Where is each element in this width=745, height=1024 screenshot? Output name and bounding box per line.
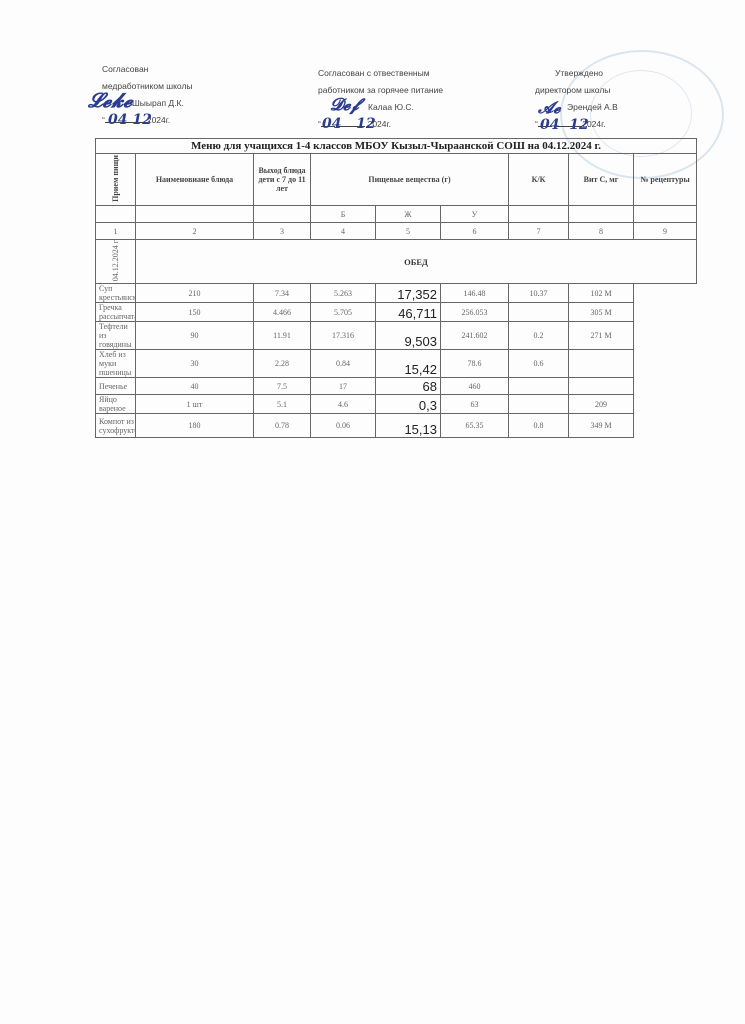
dish-name-cell: Хлеб из муки пшеницы — [96, 350, 136, 378]
kcal-cell: 78.6 — [441, 350, 509, 378]
carbs-cell: 17,352 — [376, 284, 441, 303]
yield-cell: 30 — [136, 350, 254, 378]
table-row: Яйцо вареное1 шт5.14.60,363209 — [96, 395, 697, 414]
dish-name-cell: Тефтели из говядины — [96, 322, 136, 350]
column-number: 8 — [569, 223, 634, 240]
kcal-cell: 460 — [441, 378, 509, 395]
table-row: Компот из сухофруктов1800.780.0615,1365.… — [96, 414, 697, 438]
header-dish: Наименовиане блюда — [136, 154, 254, 206]
yield-cell: 40 — [136, 378, 254, 395]
date-cell: 04.12.2024 г — [96, 240, 136, 284]
vitamin-c-cell — [509, 378, 569, 395]
dish-name-cell: Суп крестьянский — [96, 284, 136, 303]
date-handwritten: 04 12 — [322, 116, 376, 132]
protein-cell: 7.5 — [254, 378, 311, 395]
subheader-fat: Ж — [376, 206, 441, 223]
header-vitc: Вит С, мг — [569, 154, 634, 206]
kcal-cell: 63 — [441, 395, 509, 414]
fat-cell: 0.84 — [311, 350, 376, 378]
signature-director: 𝓐𝓮 — [538, 98, 561, 118]
vitamin-c-cell — [509, 395, 569, 414]
carbs-cell: 15,13 — [376, 414, 441, 438]
column-number: 4 — [311, 223, 376, 240]
table-row: Гречка рассыпчатая1504.4665.70546,711256… — [96, 303, 697, 322]
protein-cell: 4.466 — [254, 303, 311, 322]
kcal-cell: 146.48 — [441, 284, 509, 303]
approval-role: директором школы — [535, 81, 618, 98]
header-kcal: К/К — [509, 154, 569, 206]
yield-cell: 90 — [136, 322, 254, 350]
fat-cell: 4.6 — [311, 395, 376, 414]
recipe-number-cell: 102 М — [569, 284, 634, 303]
column-number: 6 — [441, 223, 509, 240]
section-label: ОБЕД — [136, 240, 697, 284]
carbs-cell: 68 — [376, 378, 441, 395]
recipe-number-cell: 209 — [569, 395, 634, 414]
recipe-number-cell: 271 М — [569, 322, 634, 350]
menu-table: Меню для учащихся 1-4 классов МБОУ Кызыл… — [95, 138, 697, 438]
kcal-cell: 241.602 — [441, 322, 509, 350]
column-number: 7 — [509, 223, 569, 240]
header-recipe: № рецептуры — [634, 154, 697, 206]
vitamin-c-cell: 0.2 — [509, 322, 569, 350]
vitamin-c-cell — [509, 303, 569, 322]
protein-cell: 0.78 — [254, 414, 311, 438]
fat-cell: 17 — [311, 378, 376, 395]
yield-cell: 210 — [136, 284, 254, 303]
protein-cell: 2.28 — [254, 350, 311, 378]
fat-cell: 5.263 — [311, 284, 376, 303]
protein-cell: 11.91 — [254, 322, 311, 350]
kcal-cell: 256.053 — [441, 303, 509, 322]
header-yield: Выход блюда дети с 7 до 11 лет — [254, 154, 311, 206]
yield-cell: 180 — [136, 414, 254, 438]
recipe-number-cell: 349 М — [569, 414, 634, 438]
signature-medical: 𝓛𝓮𝓴𝓮 — [88, 88, 132, 112]
vitamin-c-cell: 0.6 — [509, 350, 569, 378]
approval-label: Утверждено — [555, 64, 618, 81]
approval-label: Согласован — [102, 60, 193, 77]
vitamin-c-cell: 0.8 — [509, 414, 569, 438]
table-row: Хлеб из муки пшеницы302.280.8415,4278.60… — [96, 350, 697, 378]
dish-name-cell: Гречка рассыпчатая — [96, 303, 136, 322]
table-row: Тефтели из говядины9011.9117.3169,503241… — [96, 322, 697, 350]
column-number: 9 — [634, 223, 697, 240]
fat-cell: 0.06 — [311, 414, 376, 438]
subheader-protein: Б — [311, 206, 376, 223]
recipe-number-cell — [569, 378, 634, 395]
header-nutrients: Пищевые вещества (г) — [311, 154, 509, 206]
yield-cell: 1 шт — [136, 395, 254, 414]
dish-name-cell: Печенье — [96, 378, 136, 395]
approval-name: Эрендей А.В — [555, 98, 618, 115]
fat-cell: 5.705 — [311, 303, 376, 322]
date-handwritten: 04 12 — [540, 117, 589, 133]
recipe-number-cell — [569, 350, 634, 378]
carbs-cell: 46,711 — [376, 303, 441, 322]
yield-cell: 150 — [136, 303, 254, 322]
protein-cell: 5.1 — [254, 395, 311, 414]
approval-label: Согласован с отвественным — [318, 64, 443, 81]
column-number: 1 — [96, 223, 136, 240]
dish-name-cell: Яйцо вареное — [96, 395, 136, 414]
dish-name-cell: Компот из сухофруктов — [96, 414, 136, 438]
table-row: Суп крестьянский2107.345.26317,352146.48… — [96, 284, 697, 303]
column-number: 3 — [254, 223, 311, 240]
header-meal: Прием пищи — [96, 154, 136, 206]
subheader-carbs: У — [441, 206, 509, 223]
protein-cell: 7.34 — [254, 284, 311, 303]
vitamin-c-cell: 10.37 — [509, 284, 569, 303]
menu-title: Меню для учащихся 1-4 классов МБОУ Кызыл… — [96, 139, 697, 154]
carbs-cell: 15,42 — [376, 350, 441, 378]
column-number: 5 — [376, 223, 441, 240]
kcal-cell: 65.35 — [441, 414, 509, 438]
carbs-cell: 9,503 — [376, 322, 441, 350]
fat-cell: 17.316 — [311, 322, 376, 350]
signature-food: 𝓓𝓮𝓯 — [330, 95, 359, 115]
recipe-number-cell: 305 М — [569, 303, 634, 322]
table-row: Печенье407.51768460 — [96, 378, 697, 395]
date-handwritten: 04 12 — [108, 112, 152, 128]
column-number: 2 — [136, 223, 254, 240]
carbs-cell: 0,3 — [376, 395, 441, 414]
